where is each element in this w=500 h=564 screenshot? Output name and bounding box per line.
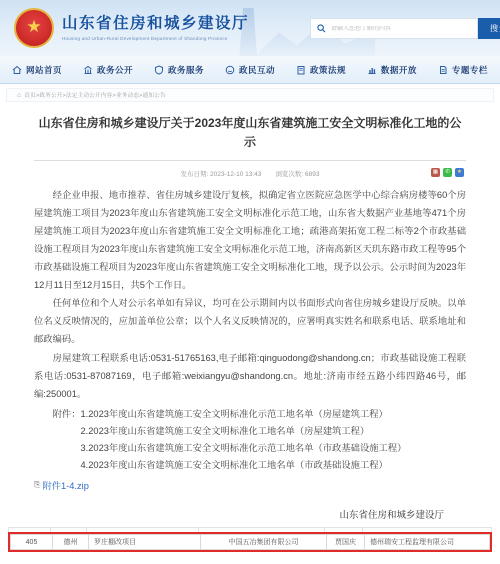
site-title: 山东省住房和城乡建设厅 [62, 11, 249, 33]
site-subtitle: Housing and Urban-Rural Development Depa… [62, 36, 249, 41]
law-doc-icon [296, 65, 306, 75]
search-box [310, 18, 478, 39]
nav-item-gov-service[interactable]: 政务服务 [154, 64, 204, 76]
chat-icon [225, 65, 235, 75]
nav-label: 网站首页 [26, 64, 62, 76]
site-search: 搜索 [310, 18, 500, 39]
share-icons: ▦ ✆ ★ [431, 168, 464, 177]
attachments-list: 附件： 1.2023年度山东省建筑施工安全文明标准化示范工地名单（房屋建筑工程）… [34, 406, 466, 475]
search-button[interactable]: 搜索 [478, 18, 500, 39]
attachments-label: 附件： [34, 406, 81, 423]
attachment-link-text: 附件1-4.zip [42, 478, 89, 492]
service-badge-icon [154, 65, 164, 75]
nav-label: 数据开放 [381, 64, 417, 76]
cell-project: 罗庄棚改项目 [89, 535, 201, 550]
nav-item-home[interactable]: 网站首页 [12, 64, 62, 76]
nav-item-interaction[interactable]: 政民互动 [225, 64, 275, 76]
nav-label: 政务公开 [97, 64, 133, 76]
view-count-label: 浏览次数: [275, 171, 303, 178]
article-body: 经企业申报、地市推荐、省住房城乡建设厅复核，拟确定省立医院应急医学中心综合病房楼… [34, 187, 466, 544]
publish-date-value: 2023-12-10 13:43 [210, 171, 261, 178]
attachment-item[interactable]: 4.2023年度山东省建筑施工安全文明标准化工地名单（市政基础设施工程） [81, 457, 388, 474]
search-icon [317, 24, 326, 33]
nav-item-gov-open[interactable]: 政务公开 [83, 64, 133, 76]
highlighted-row-box: 405 德州 罗庄棚改项目 中国五冶集团有限公司 贾国庆 德州瑞安工程监理有限公… [8, 532, 492, 552]
nav-label: 政务服务 [168, 64, 204, 76]
paragraph: 房屋建筑工程联系电话:0531-51765163,电子邮箱:qinguodong… [34, 350, 466, 404]
attachment-icon: ⎘ [34, 480, 40, 490]
emblem-star-icon: ★ [26, 18, 41, 35]
publish-date-label: 发布日期: [180, 171, 208, 178]
main-nav: 网站首页 政务公开 政务服务 政民互动 [0, 56, 500, 84]
nav-label: 专题专栏 [452, 64, 488, 76]
view-count: 浏览次数: 6893 [275, 169, 319, 178]
attachment-zip-link[interactable]: ⎘ 附件1-4.zip [34, 478, 466, 492]
paragraph: 任何单位和个人对公示名单如有异议，均可在公示期间内以书面形式向省住房城乡建设厅反… [34, 295, 466, 349]
nav-label: 政民互动 [239, 64, 275, 76]
search-input[interactable] [331, 26, 471, 32]
table-row[interactable]: 405 德州 罗庄棚改项目 中国五冶集团有限公司 贾国庆 德州瑞安工程监理有限公… [11, 535, 490, 550]
special-page-icon [438, 65, 448, 75]
publish-date: 发布日期: 2023-12-10 13:43 [180, 169, 261, 178]
cell-person: 贾国庆 [327, 535, 365, 550]
page: ★ 山东省住房和城乡建设厅 Housing and Urban-Rural De… [0, 0, 500, 564]
favorite-star-icon[interactable]: ★ [455, 168, 464, 177]
cell-contractor: 中国五冶集团有限公司 [201, 535, 327, 550]
site-header: ★ 山东省住房和城乡建设厅 Housing and Urban-Rural De… [0, 0, 500, 56]
gov-building-icon [83, 65, 93, 75]
home-icon [12, 65, 22, 75]
cell-city: 德州 [53, 535, 89, 550]
attachment-item[interactable]: 2.2023年度山东省建筑施工安全文明标准化工地名单（房屋建筑工程） [81, 423, 370, 440]
attachment-line: 附件： 4.2023年度山东省建筑施工安全文明标准化工地名单（市政基础设施工程） [34, 457, 466, 474]
title-divider [34, 160, 466, 161]
signature-org: 山东省住房和城乡建设厅 [34, 506, 444, 525]
article: 山东省住房和城乡建设厅关于2023年度山东省建筑施工安全文明标准化工地的公示 发… [0, 102, 500, 544]
site-list-table: 405 德州 罗庄棚改项目 中国五冶集团有限公司 贾国庆 德州瑞安工程监理有限公… [8, 527, 492, 552]
breadcrumb-text: 首页>政务公开>法定主动公开内容>业务动态>通知公告 [24, 91, 166, 99]
site-brand: 山东省住房和城乡建设厅 Housing and Urban-Rural Deve… [62, 11, 249, 41]
nav-label: 政策法规 [310, 64, 346, 76]
attachment-line: 附件： 2.2023年度山东省建筑施工安全文明标准化工地名单（房屋建筑工程） [34, 423, 466, 440]
data-chart-icon [367, 65, 377, 75]
attachment-line: 附件： 3.2023年度山东省建筑施工安全文明标准化示范工地名单（市政基础设施工… [34, 440, 466, 457]
breadcrumb-home-icon: ⌂ [17, 92, 21, 99]
nav-item-open-data[interactable]: 数据开放 [367, 64, 417, 76]
page-title: 山东省住房和城乡建设厅关于2023年度山东省建筑施工安全文明标准化工地的公示 [34, 114, 466, 152]
national-emblem-logo: ★ [14, 8, 54, 48]
paragraph: 经企业申报、地市推荐、省住房城乡建设厅复核，拟确定省立医院应急医学中心综合病房楼… [34, 187, 466, 294]
print-icon[interactable]: ▦ [431, 168, 440, 177]
attachment-item[interactable]: 1.2023年度山东省建筑施工安全文明标准化示范工地名单（房屋建筑工程） [81, 406, 388, 423]
breadcrumb[interactable]: ⌂ 首页>政务公开>法定主动公开内容>业务动态>通知公告 [6, 88, 494, 102]
article-meta: 发布日期: 2023-12-10 13:43 浏览次数: 6893 ▦ ✆ ★ [34, 165, 466, 181]
cell-supervisor: 德州瑞安工程监理有限公司 [365, 535, 490, 550]
nav-item-policy[interactable]: 政策法规 [296, 64, 346, 76]
view-count-value: 6893 [305, 171, 319, 178]
attachment-line: 附件： 1.2023年度山东省建筑施工安全文明标准化示范工地名单（房屋建筑工程） [34, 406, 466, 423]
attachment-item[interactable]: 3.2023年度山东省建筑施工安全文明标准化示范工地名单（市政基础设施工程） [81, 440, 407, 457]
nav-item-special[interactable]: 专题专栏 [438, 64, 488, 76]
cell-index: 405 [11, 535, 53, 550]
wechat-share-icon[interactable]: ✆ [443, 168, 452, 177]
